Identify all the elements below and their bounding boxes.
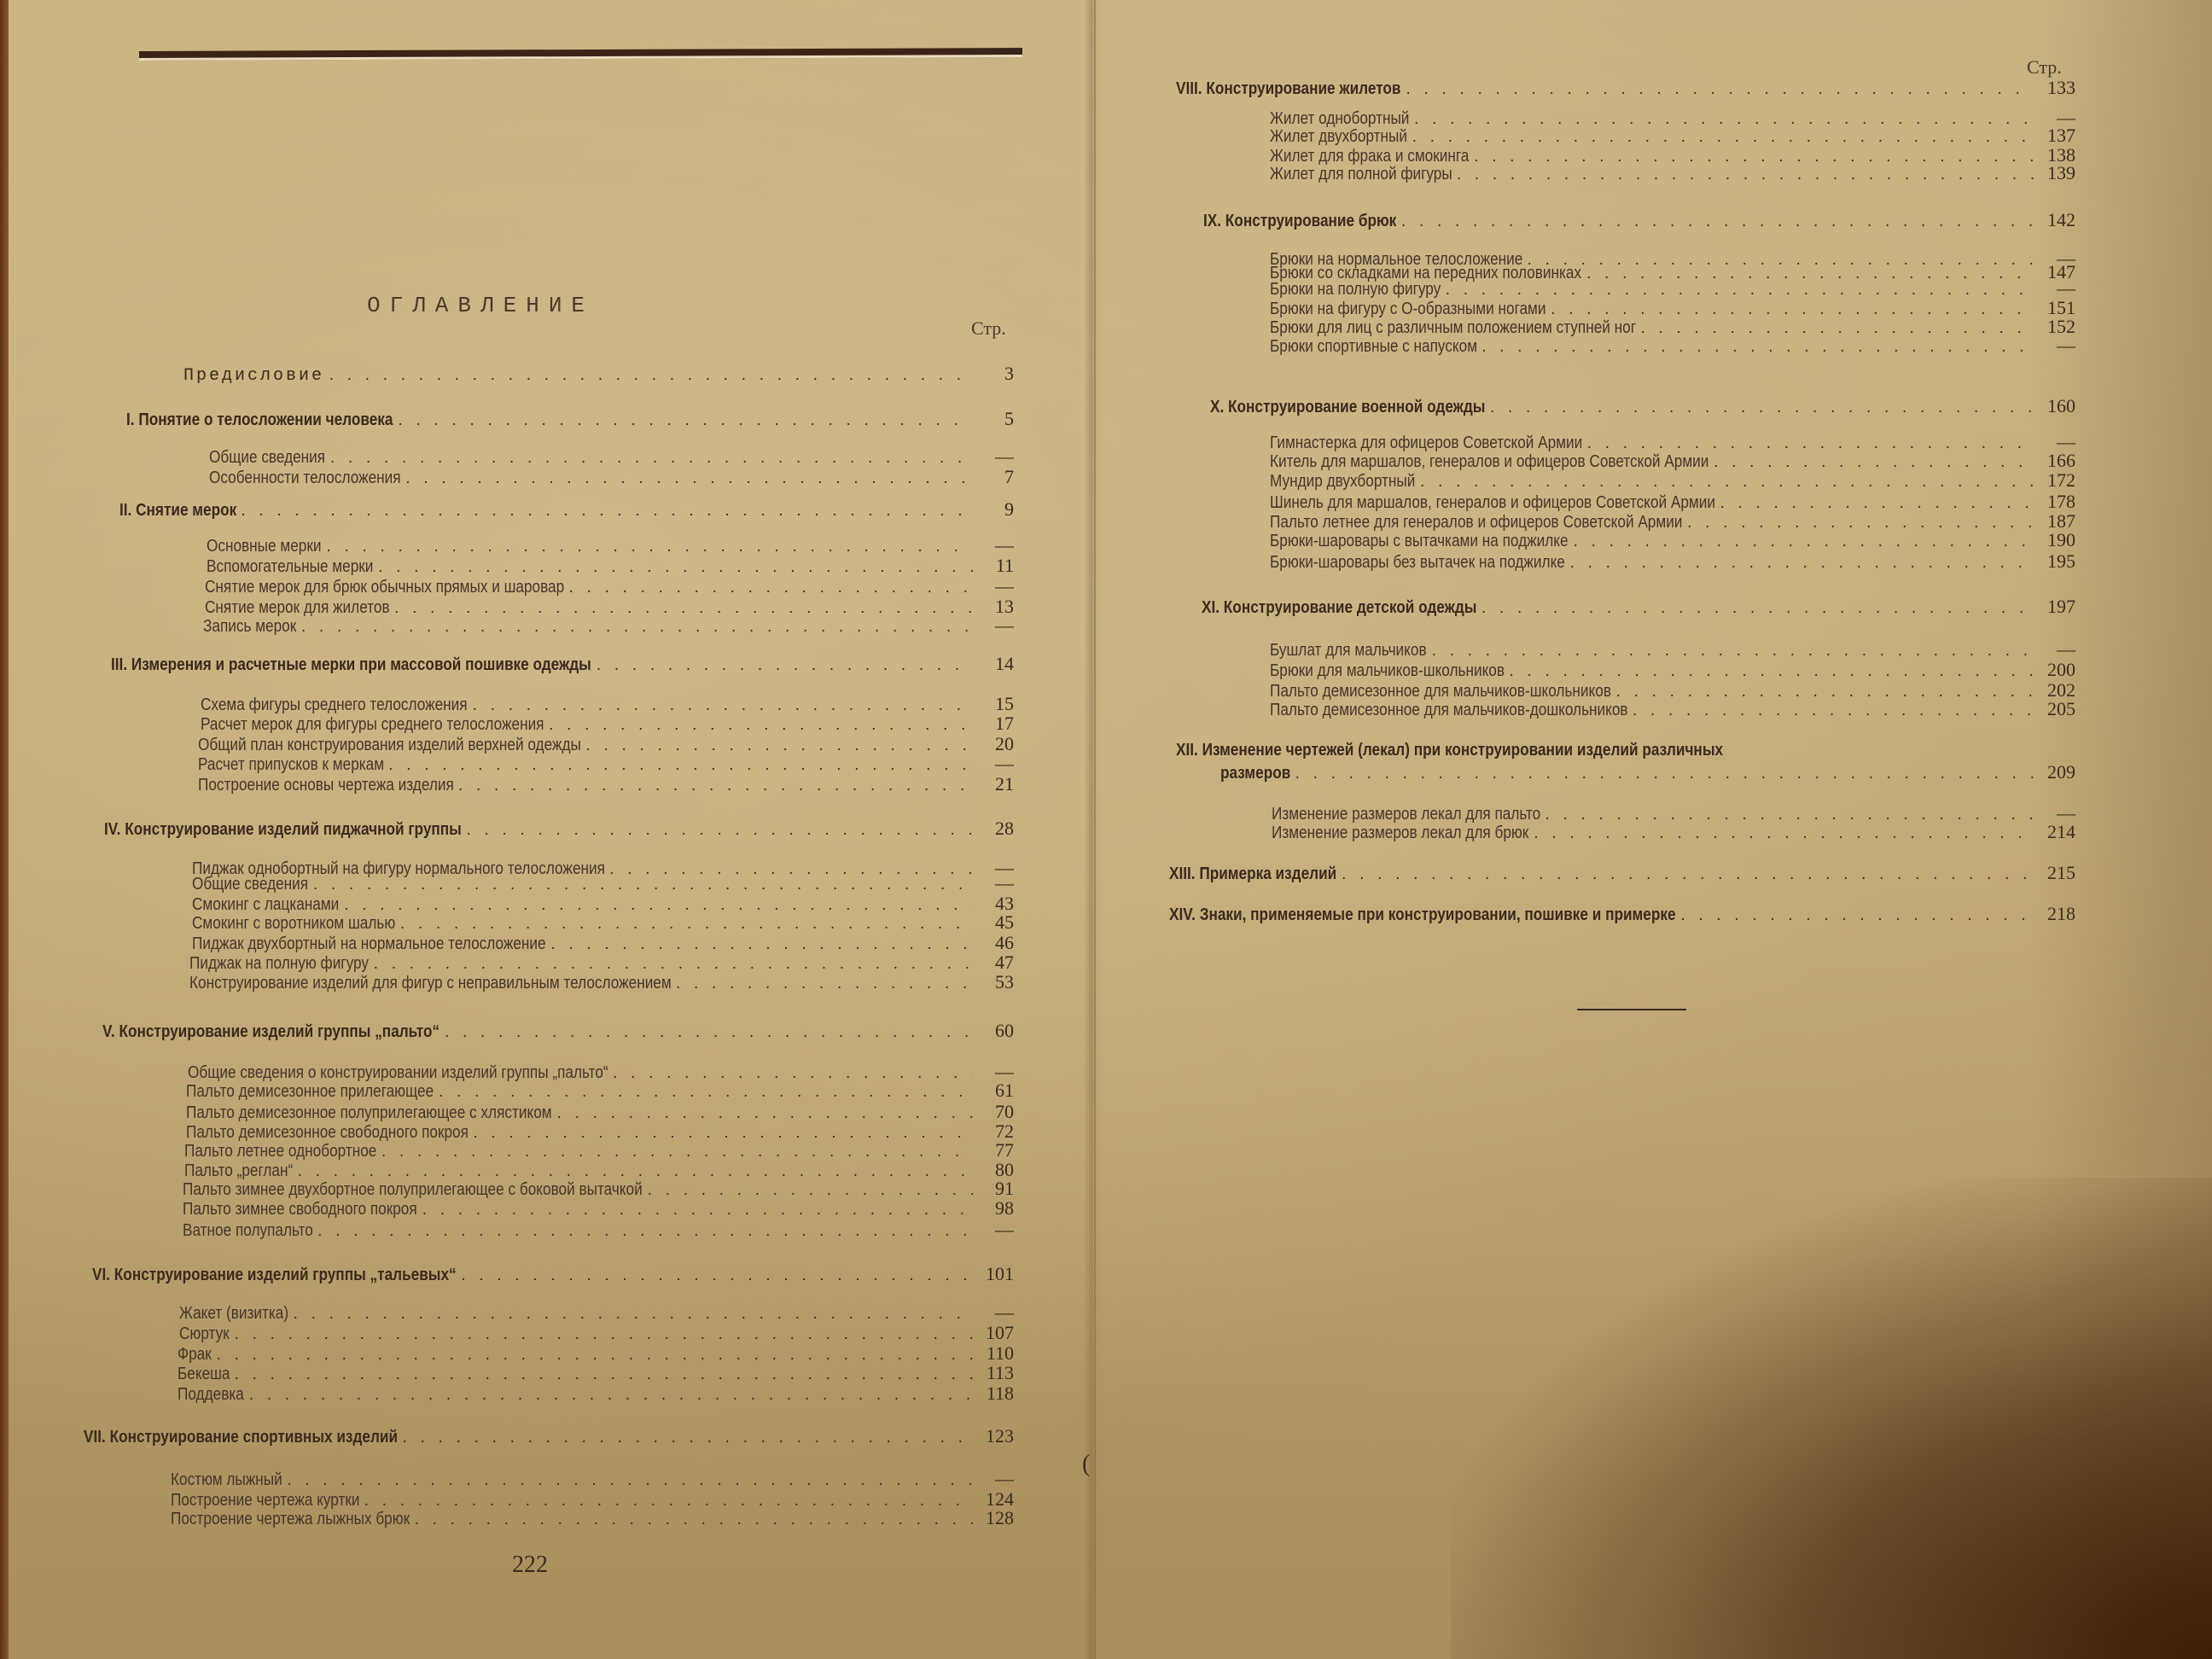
toc-entry: Смокинг с воротником шалью45 (192, 911, 1014, 934)
dot-leader (329, 366, 973, 384)
toc-chapter: XIII. Примерка изделий215 (1169, 862, 2075, 884)
toc-chapter: X. Конструирование военной одежды160 (1210, 395, 2075, 417)
toc-page-number: 45 (978, 911, 1014, 934)
dot-leader (557, 1104, 973, 1122)
book-spread: ОГЛАВЛЕНИЕ Стр. Предисловие3I. Понятие о… (0, 0, 2212, 1659)
toc-entry-title: Жакет (визитка) (179, 1304, 288, 1324)
toc-chapter: III. Измерения и расчетные мерки при мас… (111, 653, 1014, 675)
dot-leader (422, 1201, 973, 1219)
dot-leader (374, 955, 973, 973)
toc-page-number: 7 (978, 466, 1014, 488)
toc-entry: Бекеша113 (178, 1362, 1014, 1384)
dot-leader (330, 449, 973, 467)
dot-leader (439, 1083, 973, 1101)
toc-page-number: 101 (978, 1263, 1014, 1285)
dot-leader (327, 538, 973, 556)
toc-entry-title: V. Конструирование изделий группы „пальт… (102, 1022, 439, 1042)
toc-chapter: XI. Конструирование детской одежды197 (1202, 596, 2075, 618)
toc-entry: Брюки для мальчиков-школьников200 (1270, 659, 2075, 681)
toc-entry-title: Смокинг с воротником шалью (192, 914, 395, 934)
toc-page-number: 21 (978, 773, 1014, 795)
dot-leader (406, 469, 973, 487)
dot-leader (400, 915, 973, 933)
dot-leader (550, 716, 973, 734)
header-rule (139, 48, 1022, 61)
dot-leader (381, 1143, 973, 1161)
toc-entry-title: Вспомогательные мерки (207, 557, 373, 577)
toc-page-number: — (978, 1468, 1014, 1490)
toc-entry-title: Расчет мерок для фигуры среднего телосло… (201, 715, 544, 735)
toc-entry: Пальто демисезонное прилегающее61 (186, 1080, 1014, 1102)
toc-entry: Пальто демисезонное для мальчиков-дошкол… (1270, 698, 2075, 720)
toc-entry: Общие сведения— (209, 445, 1014, 468)
dot-leader (462, 1266, 973, 1284)
dot-leader (1401, 212, 2034, 230)
dot-leader (1481, 599, 2034, 617)
toc-page-number: — (978, 1301, 1014, 1324)
dot-leader (235, 1365, 973, 1383)
toc-entry-title: Основные мерки (207, 537, 321, 556)
dot-leader (569, 579, 973, 597)
toc-page-number: — (978, 1219, 1014, 1241)
toc-entry-title: Особенности телосложения (209, 469, 401, 488)
toc-entry: Пальто зимнее свободного покроя98 (183, 1197, 1014, 1220)
page-column-header: Стр. (971, 317, 1006, 340)
toc-entry: Ватное полупальто— (183, 1219, 1014, 1241)
toc-entry-title: Мундир двухбортный (1270, 472, 1415, 492)
dot-leader (1570, 554, 2034, 572)
toc-page-number: — (978, 445, 1014, 468)
dot-leader (551, 935, 973, 953)
toc-entry: Вспомогательные мерки11 (207, 555, 1014, 577)
toc-page-number: 61 (978, 1080, 1014, 1102)
toc-entry: Мундир двухбортный172 (1270, 469, 2075, 492)
page-folio: 222 (512, 1551, 548, 1579)
toc-entry-title: Построение основы чертежа изделия (198, 776, 454, 795)
dot-leader (379, 558, 973, 576)
toc-chapter: XIV. Знаки, применяемые при конструирова… (1169, 903, 2075, 925)
dot-leader (1574, 533, 2034, 550)
toc-page-number: — (978, 575, 1014, 597)
toc-page-number: 60 (978, 1020, 1014, 1042)
toc-entry-title: Поддевка (178, 1385, 244, 1405)
toc-page-number: 53 (978, 971, 1014, 993)
dot-leader (318, 1222, 973, 1240)
toc-entry-title: X. Конструирование военной одежды (1210, 398, 1485, 417)
toc-page-number: 28 (978, 818, 1014, 840)
dot-leader (1295, 765, 2034, 783)
dot-leader (1534, 824, 2034, 842)
dot-leader (389, 756, 973, 774)
dot-leader (288, 1471, 973, 1489)
dot-leader (1446, 281, 2034, 299)
toc-entry-title: Бекеша (178, 1365, 230, 1384)
toc-entry-title: IX. Конструирование брюк (1203, 212, 1396, 231)
dot-leader (597, 656, 973, 674)
dot-leader (1457, 166, 2034, 183)
dot-leader (1432, 642, 2034, 660)
toc-page-number: — (978, 534, 1014, 556)
toc-entry-title: Общие сведения (209, 448, 325, 468)
dot-leader (1714, 453, 2034, 471)
toc-entry-title: IV. Конструирование изделий пиджачной гр… (104, 820, 462, 840)
dot-leader (458, 777, 973, 795)
dot-leader (473, 696, 973, 714)
toc-entry: Брюки-шаровары с вытачками на поджилке19… (1270, 529, 2075, 551)
toc-page-number: — (978, 753, 1014, 775)
toc-page-number: 11 (978, 555, 1014, 577)
toc-entry: Изменение размеров лекал для брюк214 (1272, 821, 2075, 843)
toc-page-number: — (978, 614, 1014, 637)
toc-title: ОГЛАВЛЕНИЕ (367, 293, 594, 318)
toc-entry: Брюки-шаровары без вытачек на поджилке19… (1270, 550, 2075, 573)
dot-leader (399, 411, 973, 429)
toc-preface: Предисловие3 (183, 363, 1014, 386)
toc-entry: Бушлат для мальчиков— (1270, 638, 2075, 661)
toc-page-number: 118 (978, 1382, 1014, 1405)
dot-leader (1482, 338, 2034, 356)
dot-leader (1406, 80, 2034, 98)
dot-leader (403, 1429, 973, 1447)
end-rule (1577, 1009, 1686, 1010)
toc-entry-title: II. Снятие мерок (119, 501, 236, 521)
toc-page-number: 17 (978, 713, 1014, 735)
toc-entry-title: Бушлат для мальчиков (1270, 641, 1427, 661)
toc-chapter: II. Снятие мерок9 (119, 498, 1014, 521)
toc-entry: Расчет мерок для фигуры среднего телосло… (201, 713, 1014, 735)
dot-leader (1633, 701, 2034, 719)
toc-entry-title: Снятие мерок для брюк обычных прямых и ш… (205, 578, 564, 597)
toc-entry: Запись мерок— (203, 614, 1014, 637)
toc-entry-title: Костюм лыжный (171, 1470, 282, 1490)
toc-chapter: VII. Конструирование спортивных изделий1… (84, 1425, 1014, 1447)
toc-entry-title: Общие сведения (192, 875, 308, 894)
dot-leader (676, 975, 973, 992)
dot-leader (249, 1386, 973, 1404)
toc-page-number: 14 (978, 653, 1014, 675)
toc-page-number: 9 (978, 498, 1014, 521)
left-page: ОГЛАВЛЕНИЕ Стр. Предисловие3I. Понятие о… (0, 0, 1084, 1659)
dot-leader (1510, 662, 2034, 680)
toc-entry-title: Изменение размеров лекал для брюк (1272, 824, 1528, 843)
toc-chapter-heading: XII. Изменение чертежей (лекал) при конс… (1176, 741, 1723, 760)
toc-chapter: I. Понятие о телосложении человека5 (126, 408, 1014, 430)
dot-leader (217, 1346, 973, 1364)
toc-page-number: 113 (978, 1362, 1014, 1384)
toc-entry-title: размеров (1220, 764, 1290, 783)
dot-leader (467, 821, 973, 839)
dot-leader (415, 1511, 973, 1528)
toc-entry-title: Брюки для мальчиков-школьников (1270, 661, 1505, 681)
toc-entry: Жакет (визитка)— (179, 1301, 1014, 1324)
dot-leader (242, 502, 973, 520)
dot-leader (1681, 906, 2034, 924)
toc-page-number: 123 (978, 1425, 1014, 1447)
toc-entry-title: XIV. Знаки, применяемые при конструирова… (1169, 905, 1676, 925)
dot-leader (1490, 399, 2034, 416)
toc-page-number: 5 (978, 408, 1014, 430)
toc-entry-title: Построение чертежа лыжных брюк (171, 1510, 410, 1529)
dot-leader (301, 618, 973, 636)
toc-entry-title: XI. Конструирование детской одежды (1202, 598, 1476, 618)
toc-entry-title: I. Понятие о телосложении человека (126, 410, 393, 430)
toc-entry: Построение чертежа лыжных брюк128 (171, 1507, 1014, 1529)
toc-entry-title: III. Измерения и расчетные мерки при мас… (111, 655, 591, 675)
toc-entry: Построение основы чертежа изделия21 (198, 773, 1014, 795)
book-gutter (1084, 0, 1103, 1659)
toc-entry: Поддевка118 (178, 1382, 1014, 1405)
toc-entry: Брюки спортивные с напуском— (1270, 335, 2075, 357)
toc-entry: Расчет припусков к меркам— (198, 753, 1014, 775)
toc-entry-title: Конструирование изделий для фигур с непр… (189, 974, 672, 993)
gutter-fold (1094, 0, 1096, 1659)
toc-chapter: VI. Конструирование изделий группы „таль… (92, 1263, 1014, 1285)
toc-entry-title: Пальто демисезонное прилегающее (186, 1082, 434, 1102)
toc-entry-title: VII. Конструирование спортивных изделий (84, 1428, 398, 1447)
toc-entry-title: Пальто зимнее свободного покроя (183, 1200, 417, 1220)
toc-entry-title: Брюки-шаровары с вытачками на поджилке (1270, 532, 1569, 551)
toc-entry: Костюм лыжный— (171, 1468, 1014, 1490)
toc-page-number: 107 (978, 1322, 1014, 1344)
toc-entry: Общие сведения— (192, 872, 1014, 894)
toc-entry-title: VIII. Конструирование жилетов (1176, 79, 1400, 99)
dot-leader (313, 876, 973, 894)
toc-chapter: IX. Конструирование брюк142 (1203, 209, 2075, 231)
toc-entry-title: Жилет для полной фигуры (1270, 165, 1452, 184)
toc-chapter: V. Конструирование изделий группы „пальт… (102, 1020, 1014, 1042)
toc-page-number: 3 (978, 363, 1014, 385)
dot-leader (235, 1325, 973, 1343)
dot-leader (1412, 128, 2034, 146)
margin-mark: ( (1082, 1451, 1090, 1478)
toc-chapter: IV. Конструирование изделий пиджачной гр… (104, 818, 1014, 840)
toc-entry-title: Расчет припусков к меркам (198, 755, 384, 775)
toc-entry: Жилет для полной фигуры139 (1270, 162, 2075, 184)
dot-leader (586, 736, 973, 754)
dot-leader (445, 1023, 973, 1041)
toc-entry-title: Брюки-шаровары без вытачек на поджилке (1270, 553, 1565, 573)
toc-entry-title: Запись мерок (203, 617, 296, 637)
toc-entry-title: Ватное полупальто (183, 1221, 313, 1241)
toc-chapter: VIII. Конструирование жилетов133 (1176, 77, 2075, 99)
toc-page-number: — (978, 872, 1014, 894)
toc-entry: Снятие мерок для брюк обычных прямых и ш… (205, 575, 1014, 597)
toc-entry-title: Сюртук (179, 1324, 230, 1344)
toc-page-number: 128 (978, 1507, 1014, 1529)
toc-entry-title: VI. Конструирование изделий группы „таль… (92, 1266, 457, 1285)
toc-page-number: 98 (978, 1197, 1014, 1220)
toc-entry-title: Брюки спортивные с напуском (1270, 337, 1477, 357)
toc-entry-title: XIII. Примерка изделий (1169, 864, 1336, 884)
corner-shadow (1451, 1178, 2212, 1659)
toc-entry: Особенности телосложения7 (209, 466, 1014, 488)
toc-entry: Основные мерки— (207, 534, 1014, 556)
dot-leader (1720, 494, 2034, 512)
toc-entry: Конструирование изделий для фигур с непр… (189, 971, 1014, 993)
dot-leader (1420, 473, 2034, 491)
dot-leader (294, 1305, 973, 1323)
dot-leader (648, 1181, 973, 1199)
toc-entry-title: Предисловие (183, 366, 324, 386)
toc-entry-title: Пальто демисезонное для мальчиков-дошкол… (1270, 701, 1628, 720)
dot-leader (1342, 865, 2034, 883)
toc-chapter: размеров209 (1220, 761, 2075, 783)
toc-entry: Сюртук107 (179, 1322, 1014, 1344)
